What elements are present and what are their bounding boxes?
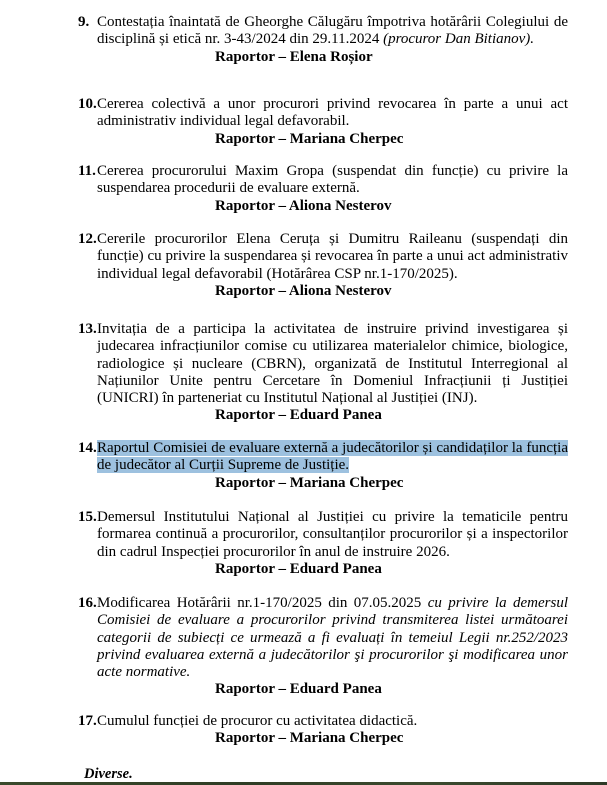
raportor-line: Raportor – Elena Roșior xyxy=(215,49,568,66)
item-text[interactable]: Cererile procurorilor Elena Ceruța și Du… xyxy=(97,231,568,283)
item-number: 10. xyxy=(78,96,97,113)
raportor-line: Raportor – Eduard Panea xyxy=(215,407,568,424)
raportor-line: Raportor – Mariana Cherpec xyxy=(215,475,568,492)
item-number: 11. xyxy=(78,163,97,180)
item-text[interactable]: Invitația de a participa la activitatea … xyxy=(97,321,568,407)
item-number: 12. xyxy=(78,231,97,248)
raportor-line: Raportor – Mariana Cherpec xyxy=(215,730,568,747)
item-text-part: Cererile procurorilor Elena Ceruța și Du… xyxy=(97,231,568,282)
agenda-item-12: 12. Cererile procurorilor Elena Ceruța ș… xyxy=(78,231,568,300)
item-number: 13. xyxy=(78,321,97,338)
item-text[interactable]: Cumulul funcției de procuror cu activita… xyxy=(97,713,568,730)
agenda-item-15: 15. Demersul Institutului Național al Ju… xyxy=(78,509,568,578)
agenda-item-14: 14. Raportul Comisiei de evaluare extern… xyxy=(78,440,568,492)
text-selection-highlight: Raportul Comisiei de evaluare externă a … xyxy=(97,440,568,473)
item-text-part: Invitația de a participa la activitatea … xyxy=(97,321,568,406)
raportor-line: Raportor – Eduard Panea xyxy=(215,681,568,698)
agenda-item-11: 11. Cererea procurorului Maxim Gropa (su… xyxy=(78,163,568,215)
raportor-line: Raportor – Mariana Cherpec xyxy=(215,131,568,148)
raportor-line: Raportor – Eduard Panea xyxy=(215,561,568,578)
item-number: 15. xyxy=(78,509,97,526)
agenda-item-9: 9. Contestația înaintată de Gheorghe Căl… xyxy=(78,14,568,66)
item-text-part: Cumulul funcției de procuror cu activita… xyxy=(97,713,417,729)
item-text[interactable]: Cererea procurorului Maxim Gropa (suspen… xyxy=(97,163,568,198)
item-text-part-italic: (procuror Dan Bitianov). xyxy=(383,31,534,47)
item-text[interactable]: Demersul Institutului Național al Justiț… xyxy=(97,509,568,561)
item-number: 14. xyxy=(78,440,97,457)
item-text-part: Cererea procurorului Maxim Gropa (suspen… xyxy=(97,163,568,196)
item-text-selected[interactable]: Raportul Comisiei de evaluare externă a … xyxy=(97,440,568,475)
item-text[interactable]: Modificarea Hotărârii nr.1-170/2025 din … xyxy=(97,595,568,681)
item-text[interactable]: Cererea colectivă a unor procurori privi… xyxy=(97,96,568,131)
agenda-item-17: 17. Cumulul funcției de procuror cu acti… xyxy=(78,713,568,748)
raportor-line: Raportor – Aliona Nesterov xyxy=(215,283,568,300)
raportor-line: Raportor – Aliona Nesterov xyxy=(215,198,568,215)
item-text[interactable]: Contestația înaintată de Gheorghe Călugă… xyxy=(97,14,568,49)
agenda-item-10: 10. Cererea colectivă a unor procurori p… xyxy=(78,96,568,148)
agenda-item-13: 13. Invitația de a participa la activita… xyxy=(78,321,568,425)
item-number: 17. xyxy=(78,713,97,730)
item-text-part: Modificarea Hotărârii nr.1-170/2025 din … xyxy=(97,595,428,611)
item-number: 9. xyxy=(78,14,97,31)
item-text-part: Demersul Institutului Național al Justiț… xyxy=(97,509,568,560)
diverse-heading: Diverse. xyxy=(84,766,133,783)
document-page: 9. Contestația înaintată de Gheorghe Căl… xyxy=(0,0,607,785)
item-text-part: Cererea colectivă a unor procurori privi… xyxy=(97,96,568,129)
agenda-item-16: 16. Modificarea Hotărârii nr.1-170/2025 … xyxy=(78,595,568,699)
item-number: 16. xyxy=(78,595,97,612)
